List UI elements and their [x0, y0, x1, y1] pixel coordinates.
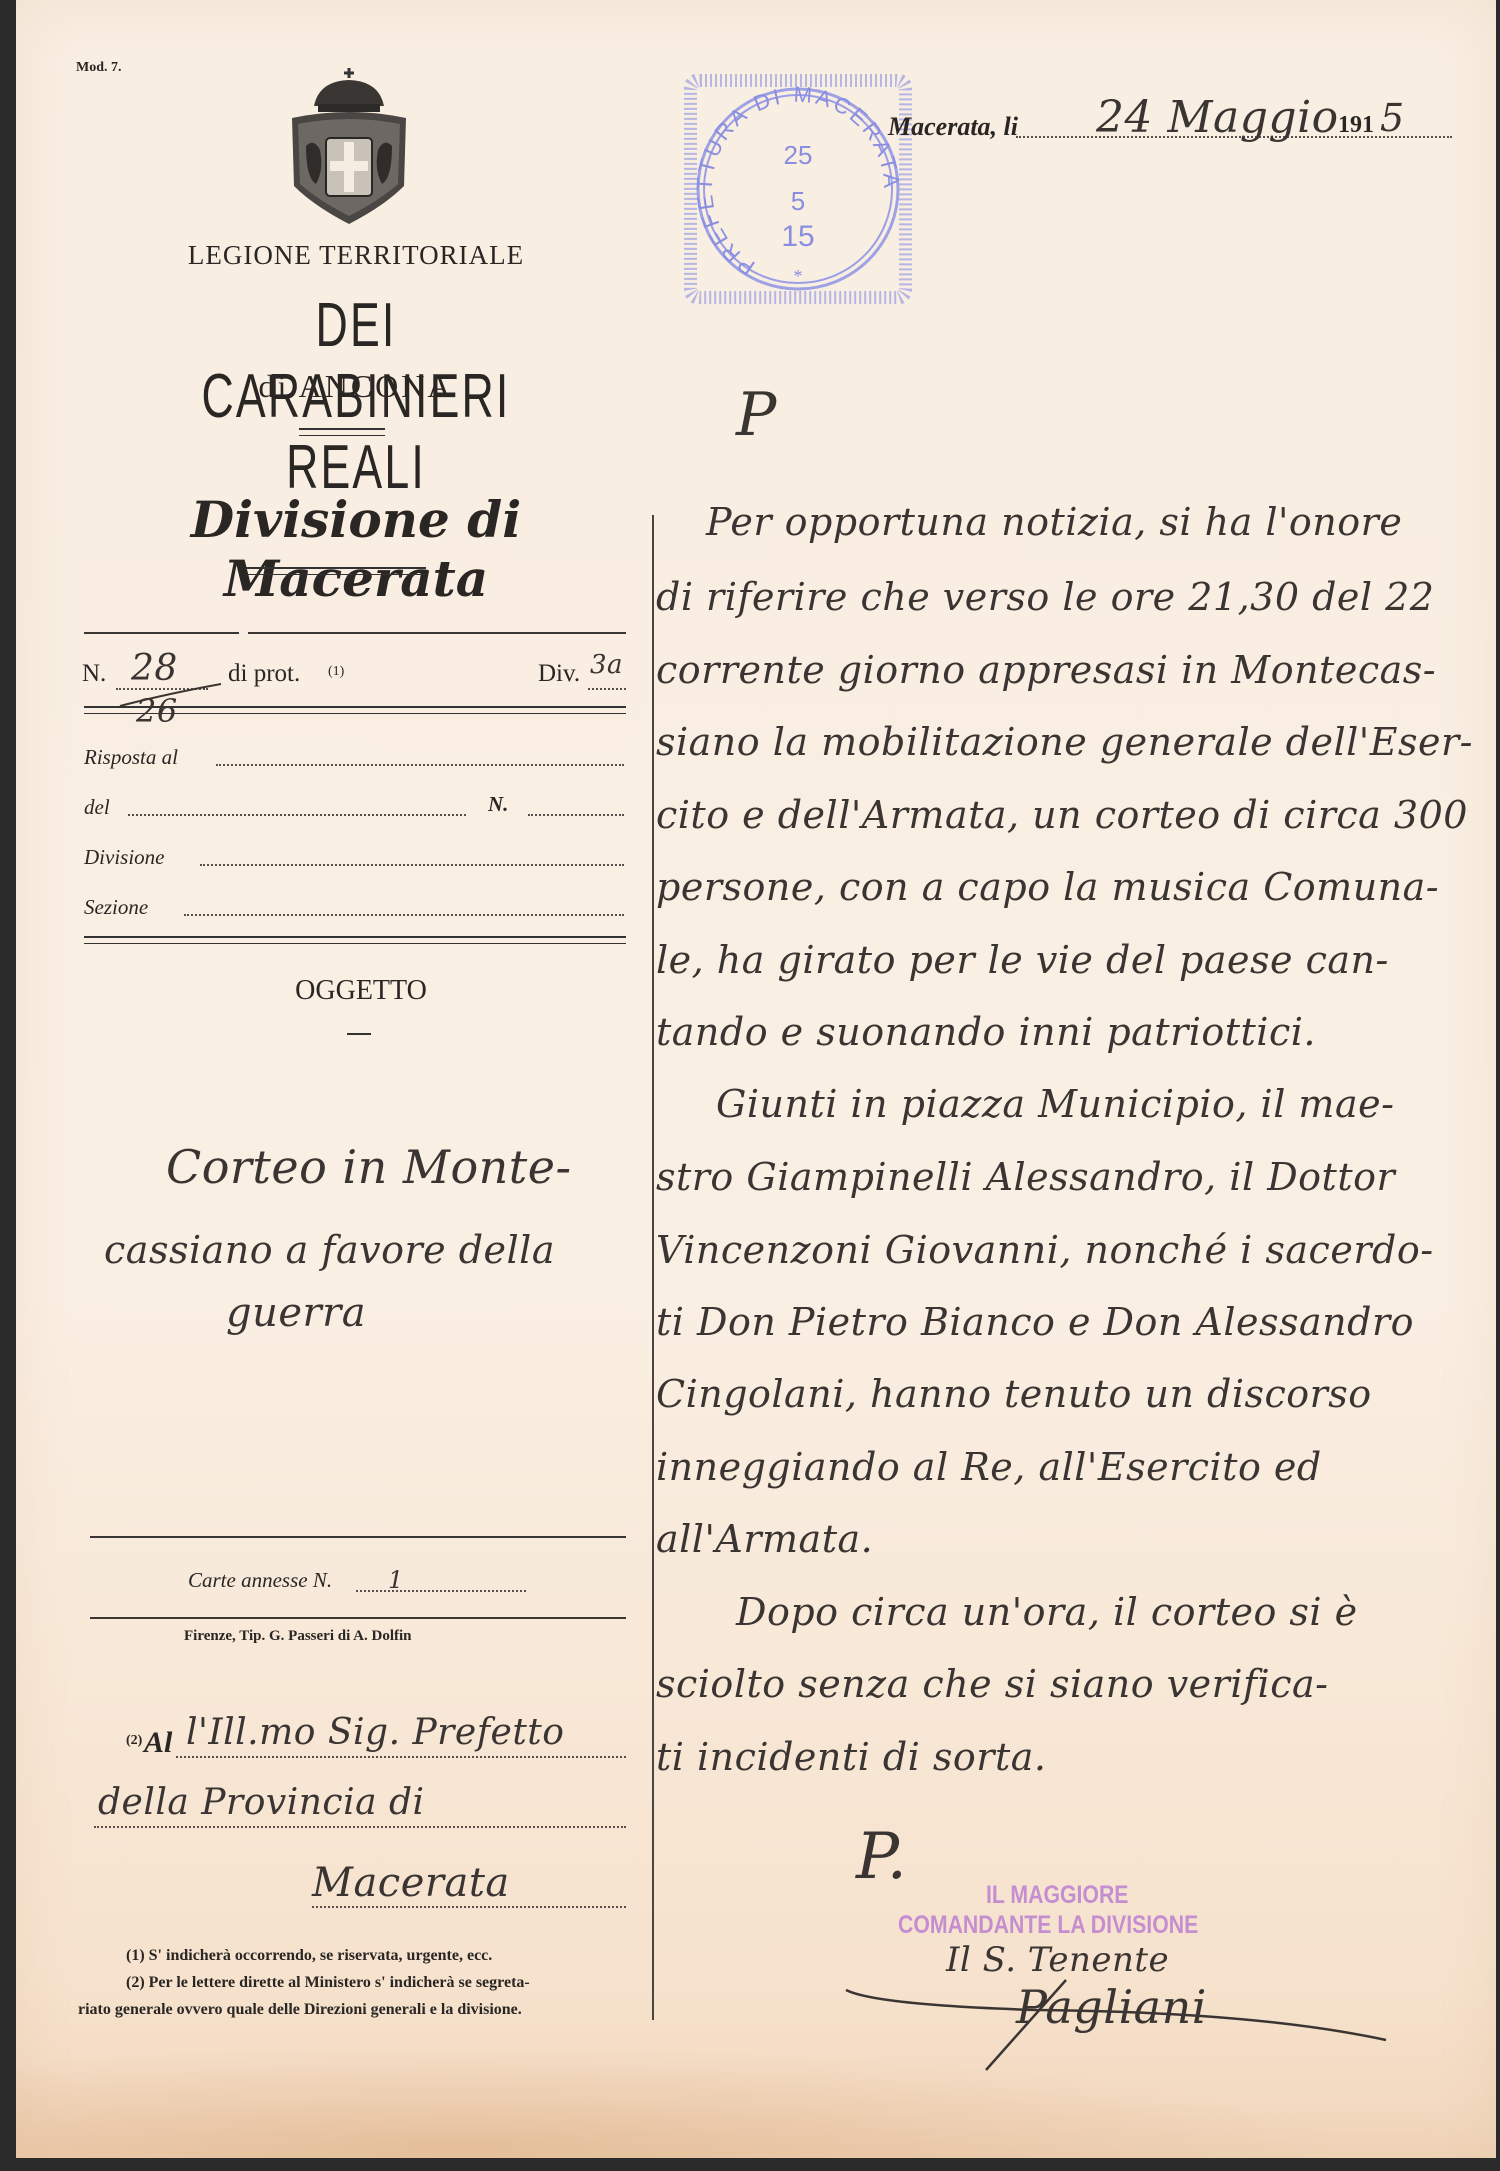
letter-line: siano la mobilitazione generale dell'Ese… — [656, 720, 1473, 764]
addressee-line-3: Macerata — [312, 1860, 510, 1906]
footnote-2b: riato generale ovvero quale delle Direzi… — [78, 1996, 522, 2023]
footnote-2a: (2) Per le lettere dirette al Ministero … — [126, 1969, 530, 1996]
oggetto-line-2: cassiano a favore della — [104, 1228, 555, 1272]
model-number: Mod. 7. — [76, 60, 122, 76]
del-field[interactable] — [128, 814, 466, 816]
letter-line: stro Giampinelli Alessandro, il Dottor — [656, 1155, 1395, 1199]
letter-line: le, ha girato per le vie del paese can- — [656, 938, 1389, 982]
letter-line: inneggiando al Re, all'Esercito ed — [656, 1445, 1322, 1489]
addressee-line-2: della Provincia di — [98, 1782, 425, 1823]
column-divider — [652, 515, 654, 2020]
footnote-1: (1) S' indicherà occorrendo, se riservat… — [126, 1942, 492, 1969]
division-title: Divisione di Macerata — [76, 490, 636, 608]
letter-line: di riferire che verso le ore 21,30 del 2… — [656, 575, 1434, 619]
letter-line: all'Armata. — [656, 1517, 873, 1561]
stamp-day: 25 — [784, 140, 813, 170]
letter-line: ti Don Pietro Bianco e Don Alessandro — [656, 1300, 1414, 1344]
form-top-rule-b — [248, 632, 626, 634]
letter-line: tando e suonando inni patriottici. — [656, 1010, 1316, 1054]
letter-line: persone, con a capo la musica Comuna- — [656, 865, 1439, 909]
letter-line: ti incidenti di sorta. — [656, 1735, 1046, 1779]
oggetto-label: OGGETTO — [86, 975, 636, 1007]
form-rule-2 — [84, 936, 626, 944]
carte-label: Carte annesse N. — [188, 1568, 332, 1593]
form-rule-1 — [84, 706, 626, 714]
coat-of-arms-icon — [284, 66, 414, 226]
n2-field[interactable] — [528, 814, 624, 816]
stamp-month: 5 — [791, 186, 805, 216]
divisione-label: Divisione — [84, 845, 164, 870]
letter-line: Dopo circa un'ora, il corteo si è — [736, 1590, 1358, 1634]
carte-field[interactable] — [356, 1590, 526, 1592]
letter-line: sciolto senza che si siano verifica- — [656, 1662, 1328, 1706]
addressee-line-1: l'Ill.mo Sig. Prefetto — [186, 1712, 564, 1753]
div-field[interactable] — [588, 688, 626, 690]
sezione-label: Sezione — [84, 895, 148, 920]
document-page: Mod. 7. LEGIONE TERRITORIALE DEI CARABIN… — [16, 0, 1496, 2158]
date-place-label: Macerata, li — [888, 112, 1018, 142]
oggetto-divider — [347, 1033, 371, 1035]
del-label: del — [84, 795, 110, 820]
printer-imprint: Firenze, Tip. G. Passeri di A. Dolfin — [184, 1628, 412, 1645]
header-divider — [299, 428, 385, 436]
prefettura-stamp: PREFETTURA DI MACERATA 25 5 15 * — [684, 74, 912, 304]
oggetto-line-3: guerra — [226, 1290, 366, 1336]
letter-mark: P — [736, 380, 777, 450]
protocol-label: di prot. — [228, 660, 300, 688]
oggetto-line-1: Corteo in Monte- — [166, 1140, 572, 1194]
carte-value: 1 — [388, 1566, 404, 1594]
date-year-suffix: 5 — [1380, 96, 1405, 140]
risposta-label: Risposta al — [84, 745, 178, 770]
addressee-field-1[interactable] — [176, 1756, 626, 1758]
addressee-field-3[interactable] — [312, 1906, 626, 1908]
date-year-prefix: 191 — [1338, 112, 1374, 139]
division-divider — [246, 567, 426, 575]
stamp-year: 15 — [781, 220, 814, 253]
divisione-field[interactable] — [200, 864, 624, 866]
carte-bottom-rule — [90, 1617, 626, 1619]
signature-mark: P. — [856, 1820, 907, 1894]
risposta-field[interactable] — [216, 764, 624, 766]
protocol-footnote-ref: (1) — [328, 664, 344, 680]
carte-top-rule — [90, 1536, 626, 1538]
legion-title: LEGIONE TERRITORIALE — [76, 240, 636, 271]
form-top-rule-a — [84, 632, 239, 634]
letter-line: Cingolani, hanno tenuto un discorso — [656, 1372, 1372, 1416]
letter-line: Giunti in piazza Municipio, il mae- — [716, 1082, 1394, 1126]
svg-text:*: * — [794, 266, 803, 286]
addressee-prefix: Al — [144, 1726, 172, 1760]
city-title: di ANCONA — [76, 368, 636, 405]
addressee-field-2[interactable] — [94, 1826, 626, 1828]
letter-line: Per opportuna notizia, si ha l'onore — [706, 500, 1402, 544]
div-label: Div. — [538, 660, 580, 688]
n2-label: N. — [488, 792, 508, 817]
commander-stamp-line-2: COMANDANTE LA DIVISIONE — [898, 1910, 1198, 1940]
commander-stamp-line-1: IL MAGGIORE — [986, 1880, 1128, 1910]
letter-line: corrente giorno appresasi in Montecas- — [656, 648, 1436, 692]
letter-line: Vincenzoni Giovanni, nonché i sacerdo- — [656, 1228, 1434, 1272]
sezione-field[interactable] — [184, 914, 624, 916]
div-value: 3a — [590, 650, 623, 680]
protocol-n-label: N. — [82, 660, 106, 688]
letter-line: cito e dell'Armata, un corteo di circa 3… — [656, 793, 1468, 837]
addressee-footnote-ref: (2) — [126, 1733, 142, 1749]
signature-flourish — [836, 1960, 1396, 2080]
date-day-month: 24 Maggio — [1096, 92, 1339, 143]
